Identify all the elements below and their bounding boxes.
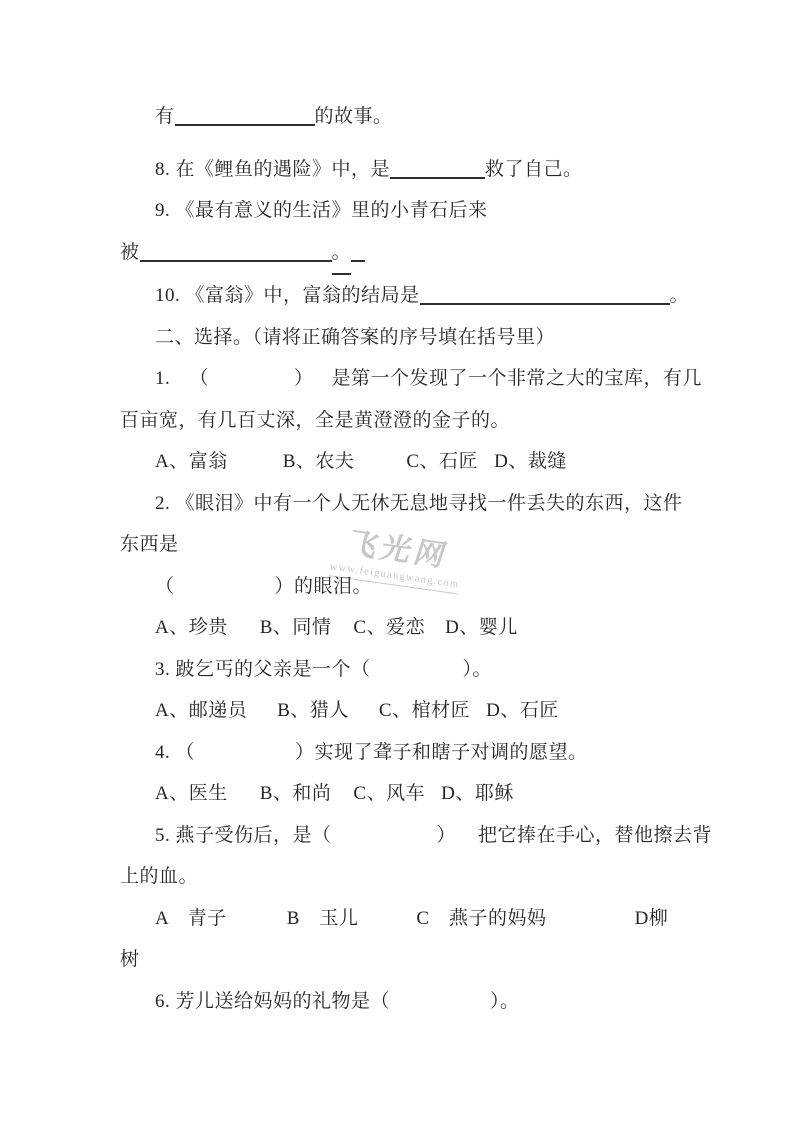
- document-line: 树: [120, 939, 703, 981]
- text-run: 树: [120, 949, 140, 970]
- document-line: 9. 《最有意义的生活》里的小青石后来: [120, 190, 703, 232]
- document-line: A、珍贵B、同情C、爱恋D、婴儿: [120, 607, 703, 649]
- document-line: 被。: [120, 232, 703, 276]
- text-run: 3. 跛乞丐的父亲是一个（: [155, 659, 371, 680]
- text-run: A、邮递员: [155, 700, 247, 721]
- text-run: B、同情: [260, 617, 332, 638]
- text-run: 百亩宽，有几百丈深，全是黄澄澄的金子的。: [120, 410, 510, 431]
- document-line: 二、选择。（请将正确答案的序号填在括号里）: [120, 317, 703, 359]
- document-line: 1. （）是第一个发现了一个非常之大的宝库，有几: [120, 358, 703, 400]
- document-line: 10. 《富翁》中，富翁的结局是。: [120, 275, 703, 317]
- document-line: 4. （）实现了聋子和瞎子对调的愿望。: [120, 732, 703, 774]
- document-line: 5. 燕子受伤后，是（）把它捧在手心，替他擦去背: [120, 815, 703, 857]
- text-run: B、猎人: [277, 700, 349, 721]
- document-line: 3. 跛乞丐的父亲是一个（）。: [120, 649, 703, 691]
- text-run: D柳: [635, 908, 669, 929]
- text-run: 。: [670, 285, 690, 306]
- text-run: ）: [294, 368, 314, 389]
- text-run: A、医生: [155, 783, 228, 804]
- text-run: 5. 燕子受伤后，是（: [155, 825, 332, 846]
- text-run: ）实现了聋子和瞎子对调的愿望。: [295, 742, 588, 763]
- text-run: ）。: [490, 991, 520, 1012]
- text-run: 10. 《富翁》中，富翁的结局是: [155, 285, 420, 306]
- underlined-text: 。: [332, 232, 352, 276]
- document-line: 6. 芳儿送给妈妈的礼物是（）。: [120, 981, 703, 1023]
- text-run: C、棺材匠: [379, 700, 470, 721]
- text-run: D、婴儿: [445, 617, 518, 638]
- text-run: C、风车: [353, 783, 425, 804]
- text-run: C 燕子的妈妈: [416, 908, 546, 929]
- document-body: 有的故事。8. 在《鲤鱼的遇险》中，是救了自己。9. 《最有意义的生活》里的小青…: [0, 0, 793, 1122]
- text-run: 9. 《最有意义的生活》里的小青石后来: [155, 200, 488, 221]
- text-run: 2. 《眼泪》中有一个人无休无息地寻找一件丢失的东西，这件: [155, 493, 683, 514]
- text-run: 把它捧在手心，替他擦去背: [478, 825, 712, 846]
- text-run: 东西是: [120, 534, 179, 555]
- fill-in-blank: [351, 256, 365, 262]
- text-run: 4. （: [155, 742, 195, 763]
- document-line: A、富翁B、农夫C、石匠D、裁缝: [120, 441, 703, 483]
- text-run: 救了自己。: [485, 159, 583, 180]
- text-run: ）。: [463, 659, 493, 680]
- text-run: （: [190, 368, 210, 389]
- text-run: A 青子: [155, 908, 227, 929]
- document-line: A、医生B、和尚C、风车D、耶稣: [120, 773, 703, 815]
- fill-in-blank: [140, 256, 332, 262]
- text-run: C、石匠: [406, 451, 478, 472]
- document-line: A 青子B 玉儿C 燕子的妈妈D柳: [120, 898, 703, 940]
- document-line: 2. 《眼泪》中有一个人无休无息地寻找一件丢失的东西，这件: [120, 483, 703, 525]
- text-run: 二、选择。（请将正确答案的序号填在括号里）: [155, 327, 555, 348]
- document-line: 有的故事。: [120, 96, 703, 138]
- text-run: 8. 在《鲤鱼的遇险》中，是: [155, 159, 390, 180]
- text-run: 上的血。: [120, 866, 198, 887]
- text-run: （: [155, 576, 175, 597]
- fill-in-blank: [175, 120, 315, 126]
- text-run: A、珍贵: [155, 617, 228, 638]
- document-line: A、邮递员B、猎人C、棺材匠D、石匠: [120, 690, 703, 732]
- document-line: 8. 在《鲤鱼的遇险》中，是救了自己。: [120, 149, 703, 191]
- text-run: 是第一个发现了一个非常之大的宝库，有几: [332, 368, 703, 389]
- text-run: B、农夫: [283, 451, 355, 472]
- text-run: C、爱恋: [353, 617, 425, 638]
- text-run: 的故事。: [315, 106, 393, 127]
- text-run: A、富翁: [155, 451, 228, 472]
- text-run: D、石匠: [486, 700, 559, 721]
- text-run: 有: [155, 106, 175, 127]
- text-run: B 玉儿: [287, 908, 359, 929]
- fill-in-blank: [420, 299, 670, 305]
- text-run: 1.: [155, 368, 176, 389]
- document-line: （）的眼泪。: [120, 566, 703, 608]
- worksheet-page: 飞光网 www.feiguangwang.com 有的故事。8. 在《鲤鱼的遇险…: [0, 0, 793, 1122]
- text-run: ）: [437, 825, 457, 846]
- text-run: D、裁缝: [494, 451, 567, 472]
- document-line: 百亩宽，有几百丈深，全是黄澄澄的金子的。: [120, 400, 703, 442]
- text-run: D、耶稣: [441, 783, 514, 804]
- document-line: 上的血。: [120, 856, 703, 898]
- document-line: 东西是: [120, 524, 703, 566]
- text-run: B、和尚: [260, 783, 332, 804]
- fill-in-blank: [390, 173, 485, 179]
- text-run: ）的眼泪。: [275, 576, 373, 597]
- text-run: 被: [120, 242, 140, 263]
- text-run: 6. 芳儿送给妈妈的礼物是（: [155, 991, 390, 1012]
